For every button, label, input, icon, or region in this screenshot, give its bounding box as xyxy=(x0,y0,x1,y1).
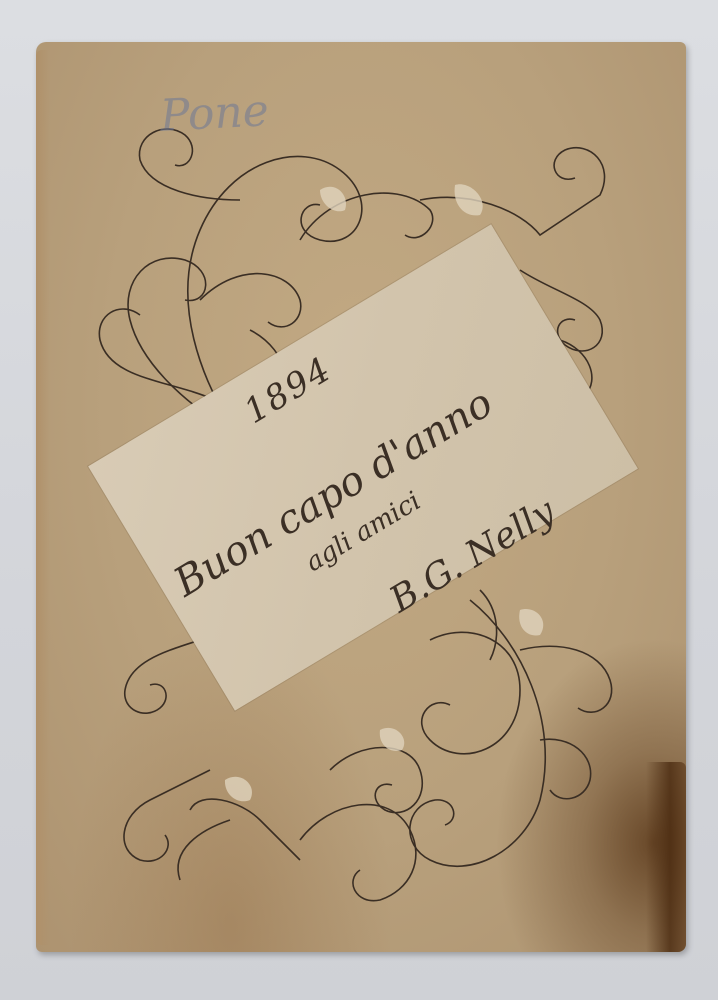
pencil-note: Pone xyxy=(159,85,270,142)
